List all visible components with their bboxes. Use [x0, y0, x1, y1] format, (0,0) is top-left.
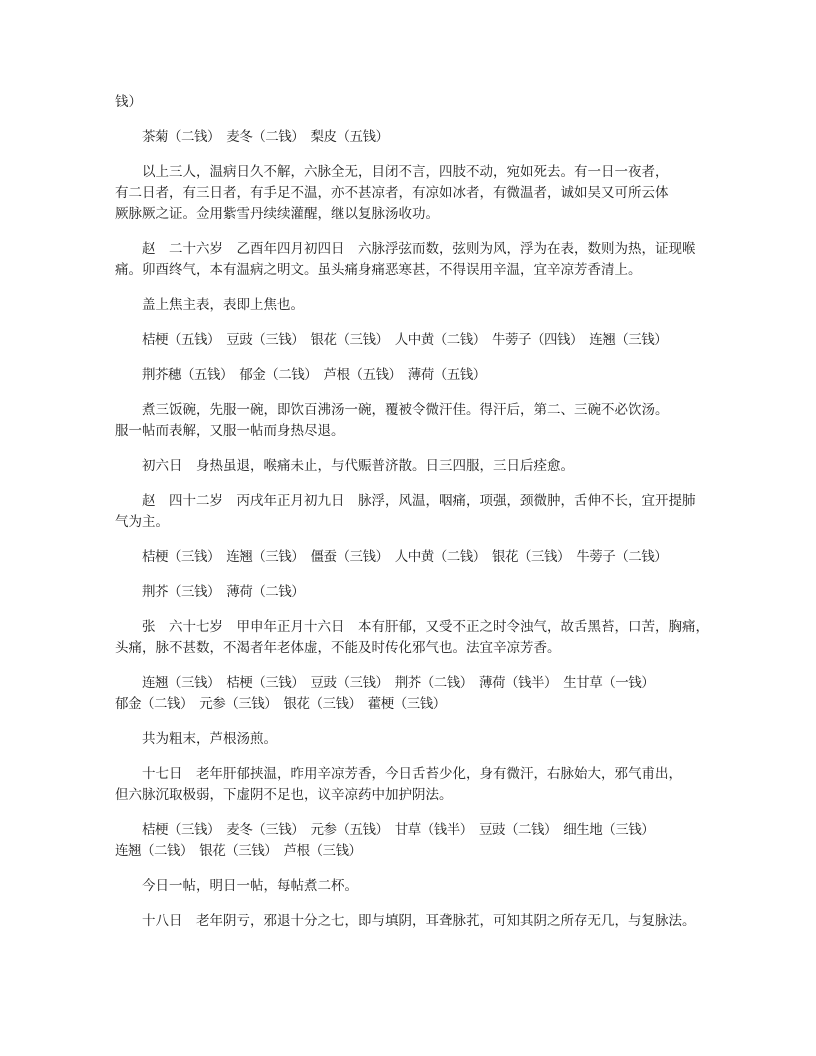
paragraph-prescription: 桔梗（五钱） 豆豉（三钱） 银花（三钱） 人中黄（二钱） 牛蒡子（四钱） 连翘（… [115, 329, 698, 350]
text-line: 但六脉沉取极弱，下虚阴不足也，议辛凉药中加护阴法。 [115, 784, 698, 805]
text-line: 张 六十七岁 甲申年正月十六日 本有肝郁，又受不正之时令浊气，故舌黑苔，口苦，胸… [115, 616, 698, 637]
paragraph-prescription: 荆芥（三钱） 薄荷（二钱） [115, 581, 698, 602]
paragraph-narrative: 十七日 老年肝郁挟温，昨用辛凉芳香，今日舌苔少化，身有微汗，右脉始大，邪气甫出，… [115, 763, 698, 805]
paragraph-narrative: 赵 二十六岁 乙酉年四月初四日 六脉浮弦而数，弦则为风，浮为在表，数则为热，证现… [115, 238, 698, 280]
text-line: 头痛，脉不甚数，不渴者年老体虚，不能及时传化邪气也。法宜辛凉芳香。 [115, 637, 698, 658]
text-line: 服一帖而表解，又服一帖而身热尽退。 [115, 420, 698, 441]
text-line: 十八日 老年阴亏，邪退十分之七，即与填阴，耳聋脉芤，可知其阴之所存无几，与复脉法… [115, 910, 698, 931]
text-line: 盖上焦主表，表即上焦也。 [115, 294, 698, 315]
text-line: 气为主。 [115, 511, 698, 532]
paragraph-prescription: 荆芥穗（五钱） 郁金（二钱） 芦根（五钱） 薄荷（五钱） [115, 364, 698, 385]
paragraph-narrative: 共为粗末，芦根汤煎。 [115, 728, 698, 749]
text-line: 今日一帖，明日一帖，每帖煮二杯。 [115, 875, 698, 896]
text-line: 荆芥穗（五钱） 郁金（二钱） 芦根（五钱） 薄荷（五钱） [115, 364, 698, 385]
paragraph-narrative: 张 六十七岁 甲申年正月十六日 本有肝郁，又受不正之时令浊气，故舌黑苔，口苦，胸… [115, 616, 698, 658]
text-line: 赵 二十六岁 乙酉年四月初四日 六脉浮弦而数，弦则为风，浮为在表，数则为热，证现… [115, 238, 698, 259]
document-page: 钱）茶菊（二钱） 麦冬（二钱） 梨皮（五钱）以上三人，温病日久不解，六脉全无，目… [0, 0, 816, 1056]
text-line: 茶菊（二钱） 麦冬（二钱） 梨皮（五钱） [115, 126, 698, 147]
paragraph-prescription: 茶菊（二钱） 麦冬（二钱） 梨皮（五钱） [115, 126, 698, 147]
text-line: 赵 四十二岁 丙戌年正月初九日 脉浮，风温，咽痛，项强，颈微肿，舌伸不长，宜开提… [115, 490, 698, 511]
text-line: 以上三人，温病日久不解，六脉全无，目闭不言，四肢不动，宛如死去。有一日一夜者， [115, 161, 698, 182]
paragraph-narrative: 赵 四十二岁 丙戌年正月初九日 脉浮，风温，咽痛，项强，颈微肿，舌伸不长，宜开提… [115, 490, 698, 532]
text-line: 连翘（三钱） 桔梗（三钱） 豆豉（三钱） 荆芥（二钱） 薄荷（钱半） 生甘草（一… [115, 672, 698, 693]
text-line: 郁金（二钱） 元参（三钱） 银花（三钱） 藿梗（三钱） [115, 693, 698, 714]
text-line: 十七日 老年肝郁挟温，昨用辛凉芳香，今日舌苔少化，身有微汗，右脉始大，邪气甫出， [115, 763, 698, 784]
paragraph-narrative: 盖上焦主表，表即上焦也。 [115, 294, 698, 315]
text-line: 初六日 身热虽退，喉痛未止，与代赈普济散。日三四服，三日后痊愈。 [115, 455, 698, 476]
text-line: 桔梗（五钱） 豆豉（三钱） 银花（三钱） 人中黄（二钱） 牛蒡子（四钱） 连翘（… [115, 329, 698, 350]
paragraph-narrative: 以上三人，温病日久不解，六脉全无，目闭不言，四肢不动，宛如死去。有一日一夜者，有… [115, 161, 698, 224]
text-line: 厥脉厥之证。佥用紫雪丹续续灌醒，继以复脉汤收功。 [115, 203, 698, 224]
text-line: 痛。卯酉终气，本有温病之明文。虽头痛身痛恶寒甚，不得误用辛温，宜辛凉芳香清上。 [115, 259, 698, 280]
text-line: 桔梗（三钱） 麦冬（三钱） 元参（五钱） 甘草（钱半） 豆豉（二钱） 细生地（三… [115, 819, 698, 840]
text-line: 桔梗（三钱） 连翘（三钱） 僵蚕（三钱） 人中黄（二钱） 银花（三钱） 牛蒡子（… [115, 546, 698, 567]
text-line: 荆芥（三钱） 薄荷（二钱） [115, 581, 698, 602]
medical-case-text: 钱）茶菊（二钱） 麦冬（二钱） 梨皮（五钱）以上三人，温病日久不解，六脉全无，目… [115, 91, 698, 931]
text-line: 共为粗末，芦根汤煎。 [115, 728, 698, 749]
paragraph-continuation: 钱） [115, 91, 698, 112]
paragraph-prescription: 桔梗（三钱） 连翘（三钱） 僵蚕（三钱） 人中黄（二钱） 银花（三钱） 牛蒡子（… [115, 546, 698, 567]
text-line: 钱） [115, 91, 698, 112]
paragraph-narrative: 今日一帖，明日一帖，每帖煮二杯。 [115, 875, 698, 896]
paragraph-narrative: 十八日 老年阴亏，邪退十分之七，即与填阴，耳聋脉芤，可知其阴之所存无几，与复脉法… [115, 910, 698, 931]
paragraph-narrative: 初六日 身热虽退，喉痛未止，与代赈普济散。日三四服，三日后痊愈。 [115, 455, 698, 476]
paragraph-narrative: 煮三饭碗，先服一碗，即饮百沸汤一碗，覆被令微汗佳。得汗后，第二、三碗不必饮汤。服… [115, 399, 698, 441]
paragraph-prescription: 桔梗（三钱） 麦冬（三钱） 元参（五钱） 甘草（钱半） 豆豉（二钱） 细生地（三… [115, 819, 698, 861]
paragraph-prescription: 连翘（三钱） 桔梗（三钱） 豆豉（三钱） 荆芥（二钱） 薄荷（钱半） 生甘草（一… [115, 672, 698, 714]
text-line: 煮三饭碗，先服一碗，即饮百沸汤一碗，覆被令微汗佳。得汗后，第二、三碗不必饮汤。 [115, 399, 698, 420]
text-line: 有二日者，有三日者，有手足不温，亦不甚凉者，有凉如冰者，有微温者，诚如吴又可所云… [115, 182, 698, 203]
text-line: 连翘（二钱） 银花（三钱） 芦根（三钱） [115, 840, 698, 861]
